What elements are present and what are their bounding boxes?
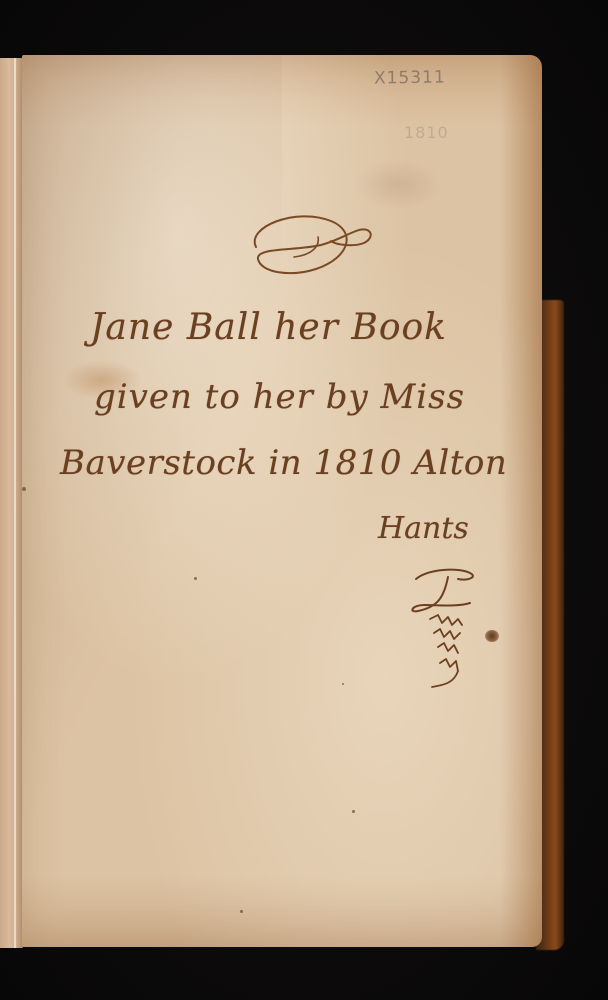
adjacent-left-page (0, 58, 23, 948)
inscription-line-3: Baverstock in 1810 Alton (60, 443, 507, 483)
inscription-line-4: Hants (378, 511, 469, 546)
foxing-speck (352, 810, 355, 813)
accession-number: X15311 (374, 67, 446, 88)
flyleaf-page: X15311 1810 Jane Ball her Book given to … (22, 55, 542, 947)
faded-stain (352, 160, 442, 210)
photo-scene: X15311 1810 Jane Ball her Book given to … (0, 0, 608, 1000)
foxing-speck (194, 577, 197, 580)
foxing-speck (342, 683, 344, 685)
inscription-line-2: given to her by Miss (94, 377, 465, 417)
foxing-speck (22, 487, 26, 491)
faint-pencil-note: 1810 (404, 123, 449, 142)
calligraphic-flourish-icon (236, 207, 376, 281)
signature-monogram-icon (408, 567, 488, 697)
gutter-shadow (22, 55, 282, 947)
foxing-speck (240, 910, 243, 913)
inscription-line-1: Jane Ball her Book (90, 307, 447, 348)
